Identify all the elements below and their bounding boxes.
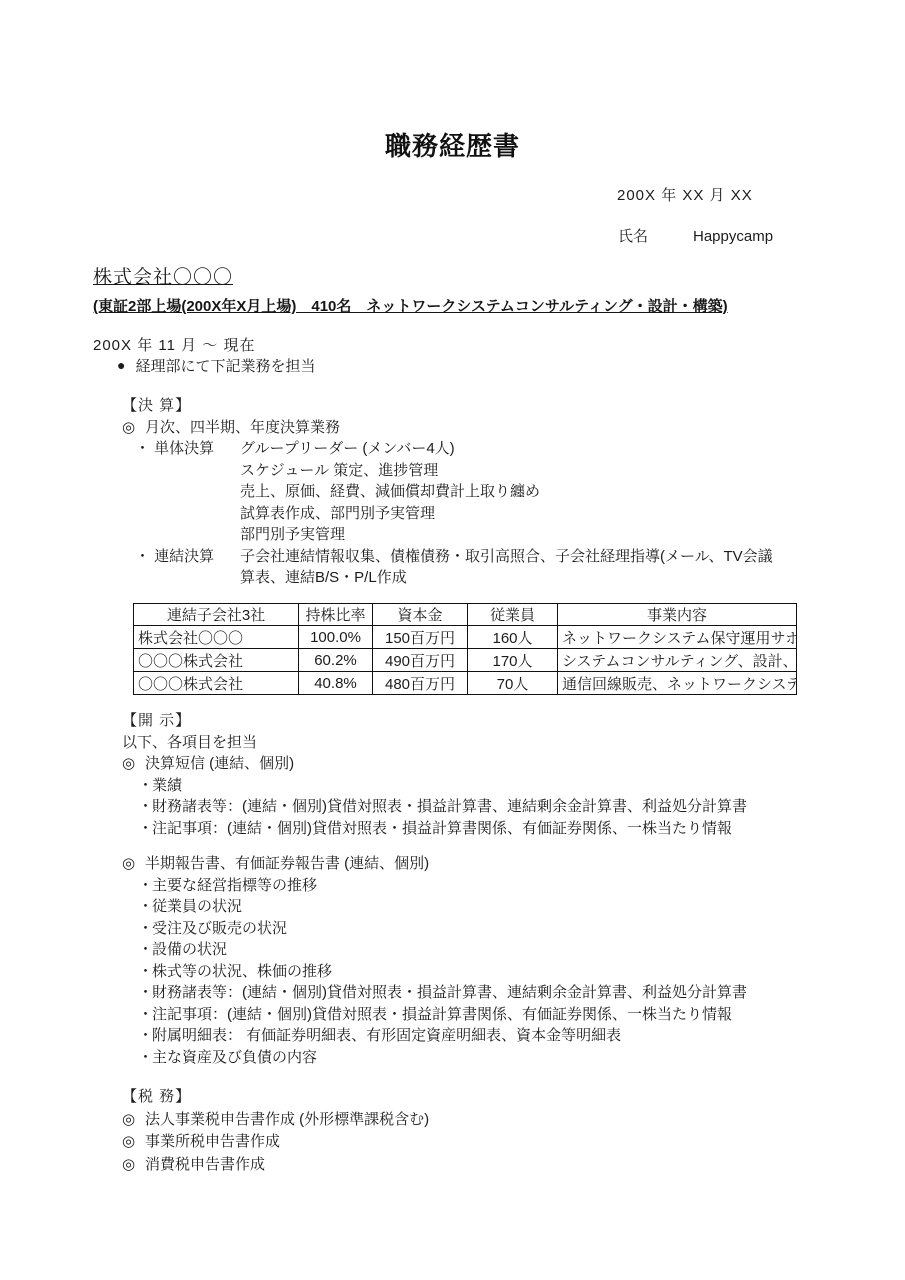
dot-bullet-icon: ・ (138, 875, 152, 897)
duty-label: ・ 単体決算 (135, 438, 240, 546)
section-zeimu: 【税 務】 ◎法人事業税申告書作成 (外形標準課税含む)◎事業所税申告書作成◎消… (122, 1086, 429, 1176)
section-kessan-heading: 【決 算】 (122, 395, 773, 417)
dot-bullet-icon: ・ (138, 796, 152, 818)
kaiji-group-title-line: ◎決算短信 (連結、個別) (122, 753, 747, 775)
dot-bullet-icon: ・ (138, 775, 152, 797)
kaiji-item-text: 注記事項：(連結・個別)貸借対照表・損益計算書関係、有価証券関係、一株当たり情報 (152, 820, 732, 837)
table-cell: 150百万円 (373, 626, 468, 649)
kaiji-item-text: 財務諸表等：(連結・個別)貸借対照表・損益計算書、連結剰余金計算書、利益処分計算… (152, 798, 747, 815)
dot-bullet-icon: ・ (138, 961, 152, 983)
zeimu-item-text: 消費税申告書作成 (145, 1156, 265, 1173)
kaiji-group-title-line: ◎半期報告書、有価証券報告書 (連結、個別) (122, 853, 747, 875)
table-cell: 160人 (468, 626, 558, 649)
kaiji-item-text: 業績 (152, 777, 182, 794)
duty-row: ・ 単体決算グループリーダー (メンバー4人)スケジュール 策定、進捗管理売上、… (135, 438, 773, 546)
table-cell: 株式会社〇〇〇 (134, 626, 299, 649)
table-cell: 70人 (468, 672, 558, 695)
table-cell: ネットワークシステム保守運用サポー (558, 626, 797, 649)
kaiji-item-text: 注記事項：(連結・個別)貸借対照表・損益計算書関係、有価証券関係、一株当たり情報 (152, 1006, 732, 1023)
kaiji-item-text: 附属明細表： 有価証券明細表、有形固定資産明細表、資本金等明細表 (152, 1027, 621, 1044)
kaiji-item-text: 主要な経営指標等の推移 (152, 877, 317, 894)
table-cell: 170人 (468, 649, 558, 672)
kaiji-item: ・株式等の状況、株価の推移 (138, 961, 747, 983)
kaiji-item: ・受注及び販売の状況 (138, 918, 747, 940)
double-circle-marker-icon: ◎ (122, 753, 145, 775)
kaiji-groups: ◎決算短信 (連結、個別)・業績・財務諸表等：(連結・個別)貸借対照表・損益計算… (122, 753, 747, 1068)
employment-period: 200X 年 11 月 ～ 現在 (93, 334, 255, 355)
duty-line: 試算表作成、部門別予実管理 (240, 503, 540, 525)
table-row: 〇〇〇株式会社40.8%480百万円70人通信回線販売、ネットワークシステム (134, 672, 797, 695)
date-line: 200X 年 XX 月 XX (617, 184, 753, 205)
resume-page: 職務経歴書 200X 年 XX 月 XX 氏名Happycamp 株式会社〇〇〇… (0, 0, 905, 1280)
dot-bullet-icon: ・ (138, 1004, 152, 1026)
double-circle-marker-icon: ◎ (122, 417, 145, 439)
table-header-cell: 資本金 (373, 604, 468, 626)
zeimu-item-text: 事業所税申告書作成 (145, 1133, 280, 1150)
duty-line: 売上、原価、経費、減価償却費計上取り纏め (240, 481, 540, 503)
kaiji-item-text: 従業員の状況 (152, 898, 242, 915)
kaiji-item: ・注記事項：(連結・個別)貸借対照表・損益計算書関係、有価証券関係、一株当たり情… (138, 1004, 747, 1026)
table-cell: 〇〇〇株式会社 (134, 649, 299, 672)
name-label: 氏名 (618, 225, 693, 246)
kaiji-item-text: 受注及び販売の状況 (152, 920, 287, 937)
role-text: 経理部にて下記業務を担当 (135, 358, 315, 375)
kaiji-intro: 以下、各項目を担当 (122, 732, 747, 754)
zeimu-item: ◎事業所税申告書作成 (122, 1131, 429, 1154)
duty-line: 算表、連結B/S・P/L作成 (240, 567, 773, 589)
dot-bullet-icon: ・ (138, 939, 152, 961)
section-kaiji-heading: 【開 示】 (122, 710, 747, 732)
subsidiaries-table: 連結子会社3社持株比率資本金従業員事業内容 株式会社〇〇〇100.0%150百万… (133, 603, 797, 695)
kessan-lead-text: 月次、四半期、年度決算業務 (145, 419, 340, 436)
table-header-cell: 持株比率 (299, 604, 373, 626)
subsidiaries-table-wrap: 連結子会社3社持株比率資本金従業員事業内容 株式会社〇〇〇100.0%150百万… (133, 603, 797, 695)
table-cell: 100.0% (299, 626, 373, 649)
section-kaiji: 【開 示】 以下、各項目を担当 ◎決算短信 (連結、個別)・業績・財務諸表等：(… (122, 710, 747, 1068)
kaiji-item: ・主要な経営指標等の推移 (138, 875, 747, 897)
kaiji-item: ・業績 (138, 775, 747, 797)
zeimu-item: ◎法人事業税申告書作成 (外形標準課税含む) (122, 1109, 429, 1132)
table-header-cell: 従業員 (468, 604, 558, 626)
table-header-row: 連結子会社3社持株比率資本金従業員事業内容 (134, 604, 797, 626)
table-cell: 40.8% (299, 672, 373, 695)
table-cell: 480百万円 (373, 672, 468, 695)
dot-bullet-icon: ・ (138, 896, 152, 918)
kaiji-item-text: 株式等の状況、株価の推移 (152, 963, 332, 980)
double-circle-marker-icon: ◎ (122, 853, 145, 875)
name-value: Happycamp (693, 228, 773, 245)
table-header-cell: 事業内容 (558, 604, 797, 626)
dot-bullet-icon: ・ (138, 1025, 152, 1047)
duty-label: ・ 連結決算 (135, 546, 240, 589)
table-header-cell: 連結子会社3社 (134, 604, 299, 626)
table-cell: 60.2% (299, 649, 373, 672)
kaiji-item: ・附属明細表： 有価証券明細表、有形固定資産明細表、資本金等明細表 (138, 1025, 747, 1047)
dot-bullet-icon: ・ (138, 918, 152, 940)
table-cell: 〇〇〇株式会社 (134, 672, 299, 695)
dot-bullet-icon: ・ (138, 1047, 152, 1069)
duty-row: ・ 連結決算子会社連結情報収集、債権債務・取引高照合、子会社経理指導(メール、T… (135, 546, 773, 589)
role-line: ●経理部にて下記業務を担当 (117, 355, 315, 376)
kessan-duty-rows: ・ 単体決算グループリーダー (メンバー4人)スケジュール 策定、進捗管理売上、… (122, 438, 773, 589)
duty-line: 部門別予実管理 (240, 524, 540, 546)
table-cell: 490百万円 (373, 649, 468, 672)
double-circle-marker-icon: ◎ (122, 1109, 145, 1132)
duty-line: グループリーダー (メンバー4人) (240, 438, 540, 460)
section-kessan: 【決 算】 ◎月次、四半期、年度決算業務 ・ 単体決算グループリーダー (メンバ… (122, 395, 773, 589)
double-circle-marker-icon: ◎ (122, 1131, 145, 1154)
dot-bullet-icon: ・ (138, 982, 152, 1004)
duty-lines: 子会社連結情報収集、債権債務・取引高照合、子会社経理指導(メール、TV会議算表、… (240, 546, 773, 589)
table-row: 株式会社〇〇〇100.0%150百万円160人ネットワークシステム保守運用サポー (134, 626, 797, 649)
zeimu-item-text: 法人事業税申告書作成 (外形標準課税含む) (145, 1111, 429, 1128)
kaiji-item: ・財務諸表等：(連結・個別)貸借対照表・損益計算書、連結剰余金計算書、利益処分計… (138, 982, 747, 1004)
kaiji-item-text: 財務諸表等：(連結・個別)貸借対照表・損益計算書、連結剰余金計算書、利益処分計算… (152, 984, 747, 1001)
filled-circle-bullet-icon: ● (117, 357, 125, 373)
kaiji-item: ・主な資産及び負債の内容 (138, 1047, 747, 1069)
section-zeimu-heading: 【税 務】 (122, 1086, 429, 1109)
kaiji-item: ・財務諸表等：(連結・個別)貸借対照表・損益計算書、連結剰余金計算書、利益処分計… (138, 796, 747, 818)
table-cell: 通信回線販売、ネットワークシステム (558, 672, 797, 695)
duty-line: スケジュール 策定、進捗管理 (240, 460, 540, 482)
kaiji-group-title: 決算短信 (連結、個別) (145, 755, 294, 772)
table-cell: システムコンサルティング、設計、構築 (558, 649, 797, 672)
kaiji-group-title: 半期報告書、有価証券報告書 (連結、個別) (145, 855, 429, 872)
kessan-lead-line: ◎月次、四半期、年度決算業務 (122, 417, 773, 439)
dot-bullet-icon: ・ (138, 818, 152, 840)
company-name: 株式会社〇〇〇 (93, 262, 233, 289)
kaiji-item: ・設備の状況 (138, 939, 747, 961)
table-row: 〇〇〇株式会社60.2%490百万円170人システムコンサルティング、設計、構築 (134, 649, 797, 672)
duty-line: 子会社連結情報収集、債権債務・取引高照合、子会社経理指導(メール、TV会議 (240, 546, 773, 568)
zeimu-items: ◎法人事業税申告書作成 (外形標準課税含む)◎事業所税申告書作成◎消費税申告書作… (122, 1109, 429, 1177)
kaiji-item-text: 主な資産及び負債の内容 (152, 1049, 317, 1066)
kaiji-item-text: 設備の状況 (152, 941, 227, 958)
double-circle-marker-icon: ◎ (122, 1154, 145, 1177)
duty-lines: グループリーダー (メンバー4人)スケジュール 策定、進捗管理売上、原価、経費、… (240, 438, 540, 546)
page-title: 職務経歴書 (0, 126, 905, 163)
zeimu-item: ◎消費税申告書作成 (122, 1154, 429, 1177)
group-gap (122, 839, 747, 853)
kaiji-item: ・注記事項：(連結・個別)貸借対照表・損益計算書関係、有価証券関係、一株当たり情… (138, 818, 747, 840)
kaiji-item: ・従業員の状況 (138, 896, 747, 918)
company-description: (東証2部上場(200X年X月上場) 410名 ネットワークシステムコンサルティ… (93, 295, 728, 316)
name-row: 氏名Happycamp (618, 225, 773, 246)
